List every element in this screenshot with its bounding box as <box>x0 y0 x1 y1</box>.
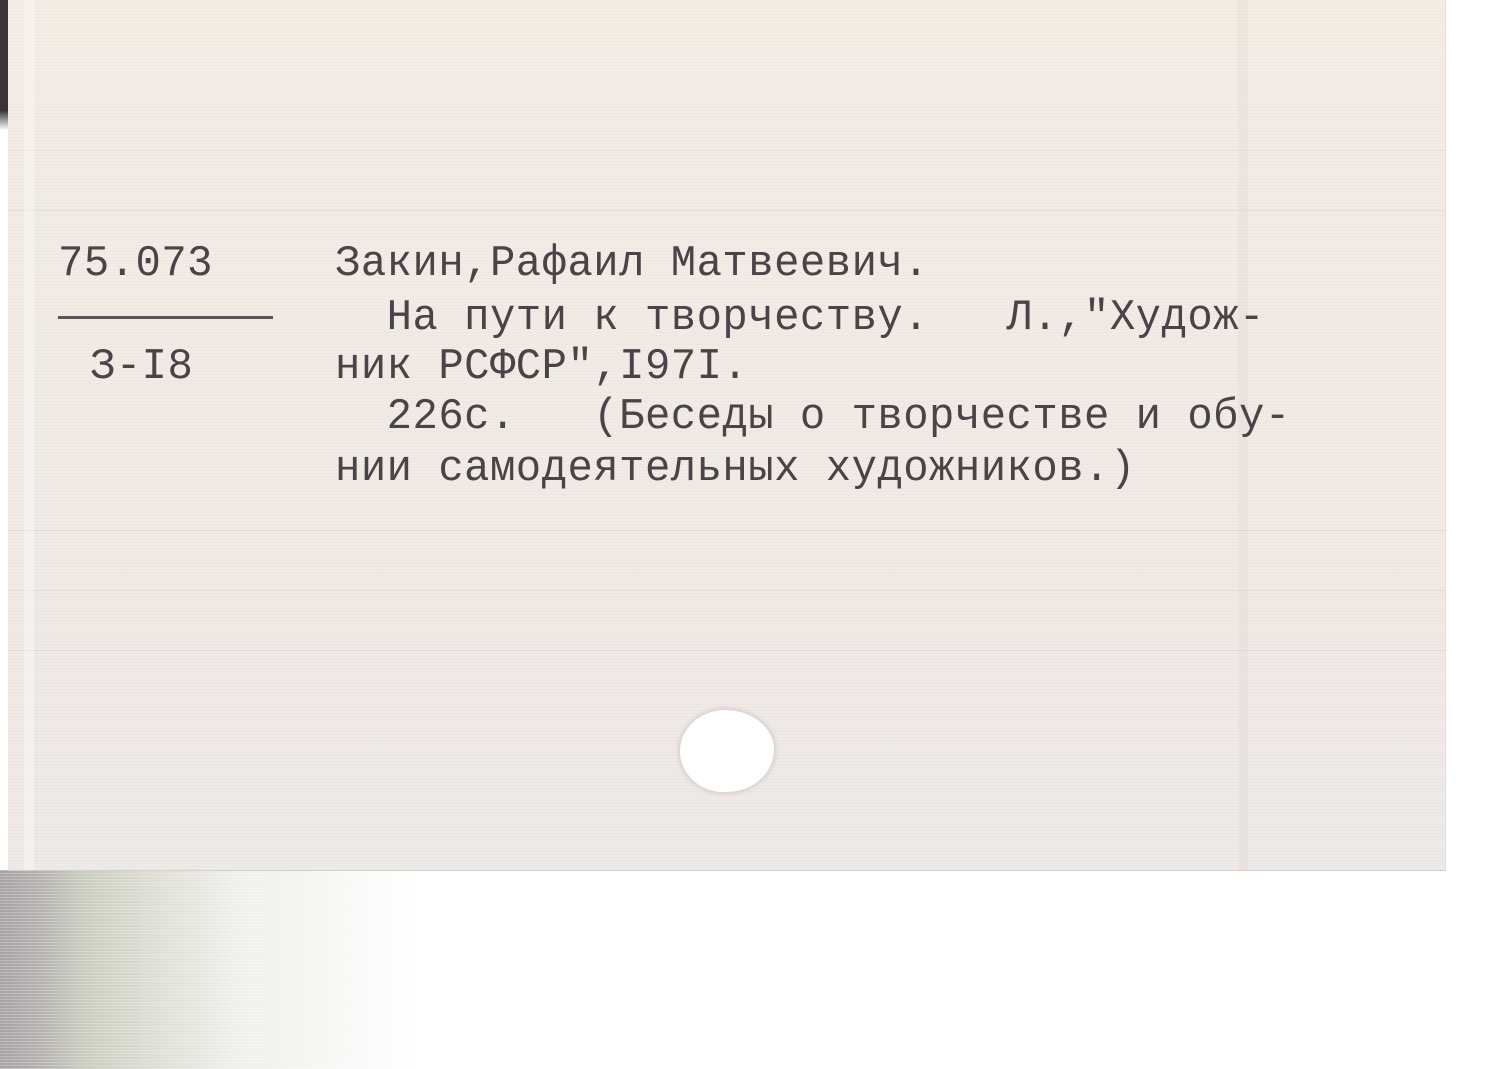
scanner-bed-area <box>0 870 420 1069</box>
catalog-card: 75.073 З-I8 Закин,Рафаил Матвеевич. На п… <box>8 0 1446 871</box>
card-rule-line <box>8 530 1445 531</box>
entry-author-line: Закин,Рафаил Матвеевич. <box>335 242 929 286</box>
call-number-divider <box>58 316 273 319</box>
card-rule-line <box>8 210 1445 211</box>
call-number-classification: 75.073 <box>58 242 213 286</box>
call-number-author-mark: З-I8 <box>90 345 193 389</box>
card-rule-line <box>8 650 1445 651</box>
entry-publisher-line: ник РСФСР",I97I. <box>335 345 748 389</box>
scanner-edge-shadow <box>0 0 8 130</box>
card-rule-line <box>8 590 1445 591</box>
entry-series-line: нии самодеятельных художников.) <box>335 447 1136 491</box>
scanned-page: 75.073 З-I8 Закин,Рафаил Матвеевич. На п… <box>0 0 1490 1069</box>
entry-pages-line: 226с. (Беседы о творчестве и обу- <box>335 395 1291 439</box>
card-punch-hole <box>680 710 774 792</box>
card-rule-line <box>8 150 1445 151</box>
card-margin-fold <box>24 0 34 870</box>
entry-title-line: На пути к творчеству. Л.,"Худож- <box>335 296 1265 340</box>
